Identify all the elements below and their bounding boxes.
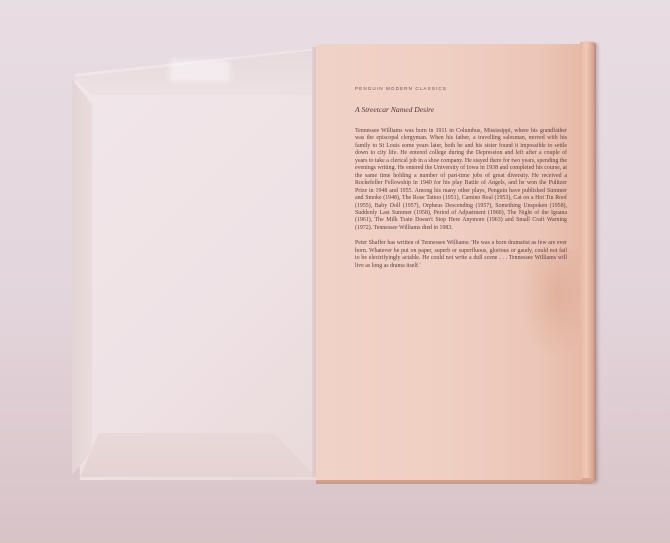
photo-scene: PENGUIN MODERN CLASSICS A Streetcar Name… (0, 0, 670, 543)
page-text: PENGUIN MODERN CLASSICS A Streetcar Name… (355, 86, 567, 278)
author-bio: Tennessee Williams was born in 1911 in C… (355, 128, 567, 232)
page-block-edge (580, 42, 596, 482)
book-title: A Streetcar Named Desire (355, 105, 567, 114)
inside-front-cover (70, 48, 318, 480)
cover-glare (170, 60, 230, 82)
critic-quote: Peter Shaffer has written of Tennessee W… (355, 240, 567, 270)
cover-fold-left (72, 80, 92, 475)
series-heading: PENGUIN MODERN CLASSICS (355, 86, 567, 91)
